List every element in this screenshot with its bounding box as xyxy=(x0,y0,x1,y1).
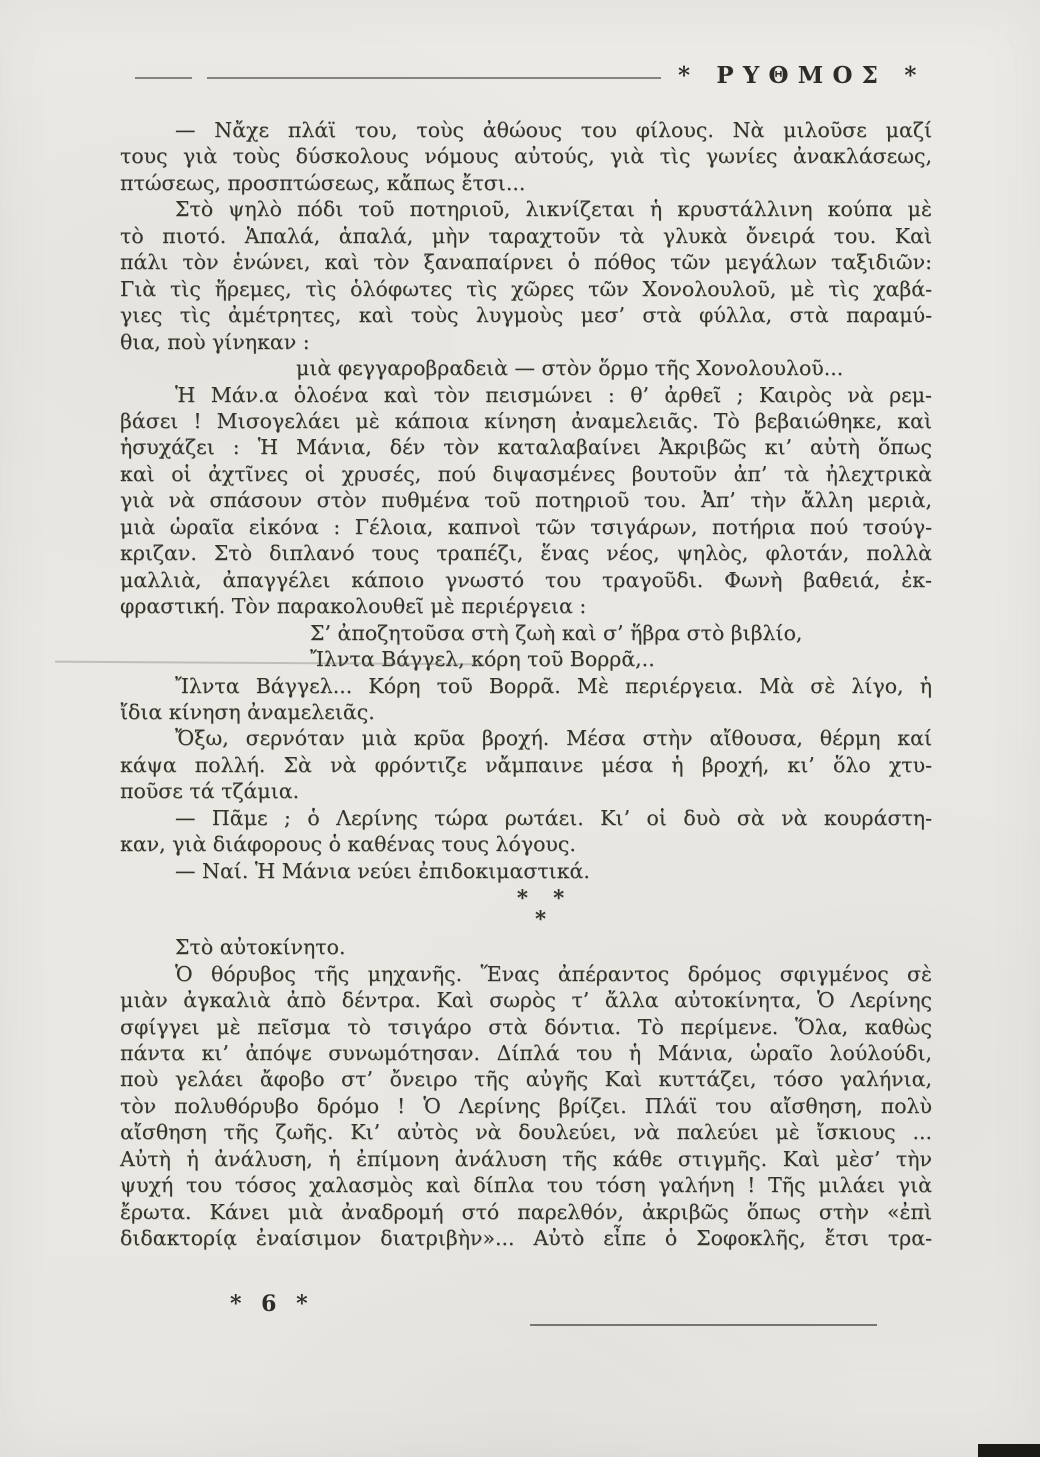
text-line: — Πᾶμε ; ὁ Λερίνης τώρα ρωτάει. Κι’ οἱ δ… xyxy=(120,805,932,831)
paragraph-block: Ἡ Μάν.α ὁλοένα καὶ τὸν πεισμώνει : θ’ ἀρ… xyxy=(120,382,932,620)
text-line: βάσει ! Μισογελάει μὲ κάποια κίνηση ἀναμ… xyxy=(120,408,932,434)
text-line: φραστική. Τὸν παρακολουθεῖ μὲ περιέργεια… xyxy=(120,593,932,619)
text-line: κάψα πολλή. Σὰ νὰ φρόντιζε νἄμπαινε μέσα… xyxy=(120,752,932,778)
paragraph-block: Ὁ θόρυβος τῆς μηχανῆς. Ἕνας ἀπέραντος δρ… xyxy=(120,961,932,1252)
text-line: Αὐτὴ ἡ ἀνάλυση, ἡ ἐπίμονη ἀνάλυση τῆς κά… xyxy=(120,1146,932,1172)
page-number: * 6 * xyxy=(230,1291,314,1317)
text-line: ἔρωτα. Κάνει μιὰ ἀναδρομή στό παρελθόν, … xyxy=(120,1199,932,1225)
scan-corner-mark xyxy=(978,1444,1040,1457)
text-line: καὶ οἱ ἀχτῖνες οἱ χρυσές, πού διψασμένες… xyxy=(120,461,932,487)
verse-line: Σ’ ἀποζητοῦσα στὴ ζωὴ καὶ σ’ ἥβρα στὸ βι… xyxy=(120,620,932,646)
text-line: ἡσυχάζει : Ἡ Μάνια, δέν τὸν καταλαβαίνει… xyxy=(120,434,932,460)
paragraph-block: Στὸ ψηλὸ πόδι τοῦ ποτηριοῦ, λικνίζεται ἡ… xyxy=(120,196,932,355)
separator-line: * xyxy=(158,908,932,929)
text-line: σφίγγει μὲ πεῖσμα τὸ τσιγάρο στὰ δόντια.… xyxy=(120,1014,932,1040)
quote-block: μιὰ φεγγαροβραδειὰ — στὸν ὅρμο τῆς Χονολ… xyxy=(120,355,932,381)
paragraph-block: Ἴλντα Βάγγελ... Κόρη τοῦ Βορρᾶ. Μὲ περιέ… xyxy=(120,673,932,726)
text-line: γιὰ νὰ σπάσουν στὸν πυθμένα τοῦ ποτηριοῦ… xyxy=(120,487,932,513)
text-line: μαλλιὰ, ἀπαγγέλει κάποιο γνωστό του τραγ… xyxy=(120,567,932,593)
verse-line: Ἴλντα Βάγγελ, κόρη τοῦ Βορρᾶ,.. xyxy=(120,646,932,672)
text-line: — Νἄχε πλάϊ του, τοὺς ἀθώους του φίλους.… xyxy=(120,117,932,143)
text-line: διδακτορίᾳ ἐναίσιμον διατριβὴν»... Αὐτὸ … xyxy=(120,1225,932,1251)
text-line: πάντα κι’ ἀπόψε συνωμότησαν. Δίπλά του ἡ… xyxy=(120,1040,932,1066)
paragraph-block: — Νἄχε πλάϊ του, τοὺς ἀθώους του φίλους.… xyxy=(120,117,932,196)
paragraph-block: — Ναί. Ἡ Μάνια νεύει ἐπιδοκιμαστικά. xyxy=(120,858,932,884)
text-line: ἴδια κίνηση ἀναμελειᾶς. xyxy=(120,699,932,725)
text-line: μιὰν ἀγκαλιὰ ἀπὸ δέντρα. Καὶ σωρὸς τ’ ἄλ… xyxy=(120,987,932,1013)
text-line: θια, ποὺ γίνηκαν : xyxy=(120,329,932,355)
text-line: καν, γιὰ διάφορους ὁ καθένας τους λόγους… xyxy=(120,831,932,857)
text-line: γιες τὶς ἀμέτρητες, καὶ τοὺς λυγμοὺς μεσ… xyxy=(120,302,932,328)
paragraph-block: — Πᾶμε ; ὁ Λερίνης τώρα ρωτάει. Κι’ οἱ δ… xyxy=(120,805,932,858)
text-line: μιὰ ὡραῖα εἰκόνα : Γέλοια, καπνοὶ τῶν τσ… xyxy=(120,514,932,540)
text-line: ποὺ γελάει ἄφοβο στ’ ὄνειρο τῆς αὐγῆς Κα… xyxy=(120,1066,932,1092)
text-line: τους γιὰ τοὺς δύσκολους νόμους αὐτούς, γ… xyxy=(120,143,932,169)
header-rule xyxy=(207,77,661,79)
text-line: Γιὰ τὶς ἥρεμες, τὶς ὁλόφωτες τὶς χῶρες τ… xyxy=(120,276,932,302)
journal-masthead: * ΡΥΘΜΟΣ * xyxy=(678,62,926,89)
text-line: αἴσθηση τῆς ζωῆς. Κι’ αὐτὸς νὰ δουλεύει,… xyxy=(120,1119,932,1145)
text-line: Ἡ Μάν.α ὁλοένα καὶ τὸν πεισμώνει : θ’ ἀρ… xyxy=(120,382,932,408)
scanned-book-page: * ΡΥΘΜΟΣ * — Νἄχε πλάϊ του, τοὺς ἀθώους … xyxy=(0,0,1040,1457)
paragraph-block: Ὄξω, σερνόταν μιὰ κρῦα βροχή. Μέσα στὴν … xyxy=(120,725,932,804)
quote-line: μιὰ φεγγαροβραδειὰ — στὸν ὅρμο τῆς Χονολ… xyxy=(120,355,932,381)
text-line: πάλι τὸν ἑνώνει, καὶ τὸν ξαναπαίρνει ὁ π… xyxy=(120,249,932,275)
text-line: Ὁ θόρυβος τῆς μηχανῆς. Ἕνας ἀπέραντος δρ… xyxy=(120,961,932,987)
text-line: — Ναί. Ἡ Μάνια νεύει ἐπιδοκιμαστικά. xyxy=(120,858,932,884)
header-rule-segment xyxy=(135,77,192,79)
text-line: ποῦσε τά τζάμια. xyxy=(120,778,932,804)
verse-block: Σ’ ἀποζητοῦσα στὴ ζωὴ καὶ σ’ ἥβρα στὸ βι… xyxy=(120,620,932,673)
text-column: — Νἄχε πλάϊ του, τοὺς ἀθώους του φίλους.… xyxy=(120,117,932,1252)
text-line: ψυχή του τόσος χαλασμὸς καὶ δίπλα του τό… xyxy=(120,1172,932,1198)
text-line: Ἴλντα Βάγγελ... Κόρη τοῦ Βορρᾶ. Μὲ περιέ… xyxy=(120,673,932,699)
text-line: Στὸ αὐτοκίνητο. xyxy=(120,934,932,960)
separator-line: * * xyxy=(158,887,932,908)
text-line: κριζαν. Στὸ διπλανό τους τραπέζι, ἕνας ν… xyxy=(120,540,932,566)
text-line: τὸ πιοτό. Ἁπαλά, ἁπαλά, μὴν ταραχτοῦν τὰ… xyxy=(120,223,932,249)
text-line: τὸν πολυθόρυβο δρόμο ! Ὁ Λερίνης βρίζει.… xyxy=(120,1093,932,1119)
separator-block: * ** xyxy=(120,887,932,929)
text-line: Στὸ ψηλὸ πόδι τοῦ ποτηριοῦ, λικνίζεται ἡ… xyxy=(120,196,932,222)
paragraph-block: Στὸ αὐτοκίνητο. xyxy=(120,934,932,960)
text-line: πτώσεως, προσπτώσεως, κἄπως ἔτσι... xyxy=(120,170,932,196)
footer-rule xyxy=(530,1324,877,1326)
text-line: Ὄξω, σερνόταν μιὰ κρῦα βροχή. Μέσα στὴν … xyxy=(120,725,932,751)
